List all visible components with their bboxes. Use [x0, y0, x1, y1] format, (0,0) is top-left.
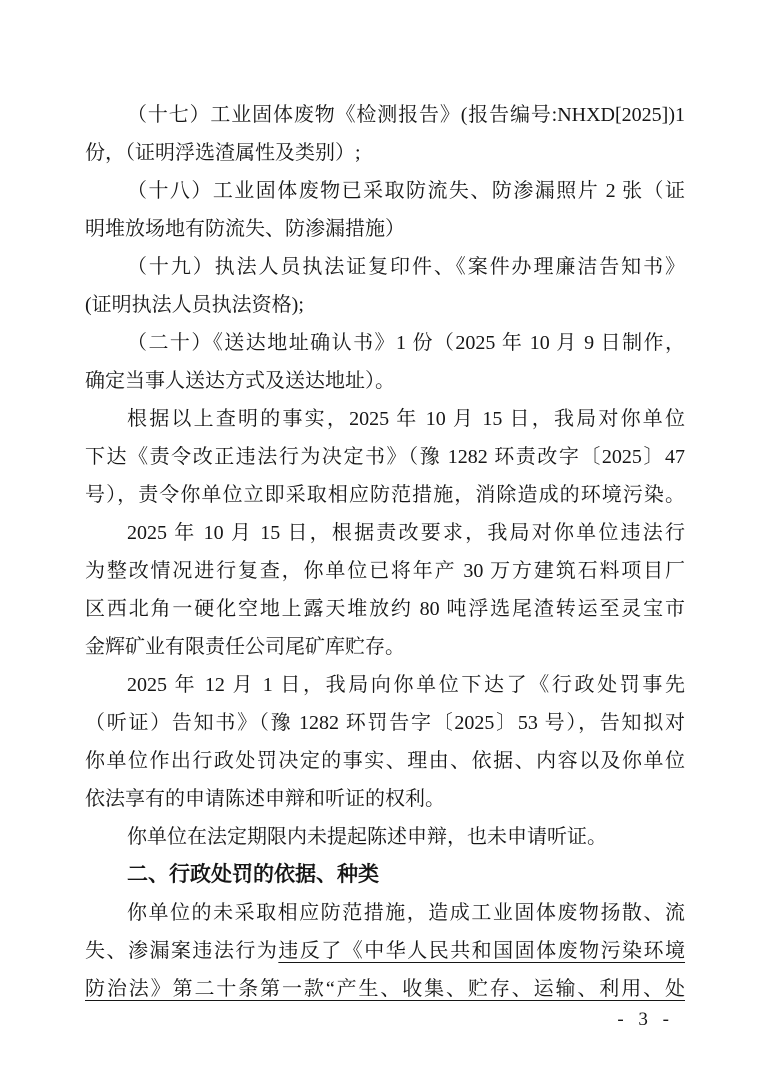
- document-line: 金辉矿业有限责任公司尾矿库贮存。: [85, 628, 685, 666]
- text-segment: 区西北角一硬化空地上露天堆放约 80 吨浮选尾渣转运至灵宝市: [85, 598, 685, 620]
- text-segment: （听证）告知书》（豫 1282 环罚告字〔2025〕53 号），告知拟对: [85, 712, 685, 734]
- text-segment: 根据以上查明的事实，2025 年 10 月 15 日，我局对你单位: [127, 408, 685, 430]
- text-segment: 号），责令你单位立即采取相应防范措施，消除造成的环境污染。: [85, 484, 685, 506]
- document-line: 份，（证明浮选渣属性及类别）;: [85, 134, 685, 172]
- text-segment: 明堆放场地有防流失、防渗漏措施）: [85, 218, 405, 240]
- document-line: 2025 年 12 月 1 日，我局向你单位下达了《行政处罚事先: [85, 666, 685, 704]
- text-segment: 份，（证明浮选渣属性及类别）;: [85, 142, 361, 164]
- document-line: （二十）《送达地址确认书》1 份（2025 年 10 月 9 日制作，: [85, 324, 685, 362]
- document-page: （十七）工业固体废物《检测报告》(报告编号:NHXD[2025])1份，（证明浮…: [0, 0, 769, 1088]
- document-line: 明堆放场地有防流失、防渗漏措施）: [85, 210, 685, 248]
- text-segment: （二十）《送达地址确认书》1 份（2025 年 10 月 9 日制作，: [127, 332, 685, 354]
- document-line: 号），责令你单位立即采取相应防范措施，消除造成的环境污染。: [85, 476, 685, 514]
- document-line: (证明执法人员执法资格);: [85, 286, 685, 324]
- document-line: 依法享有的申请陈述申辩和听证的权利。: [85, 780, 685, 818]
- text-segment: 失、渗漏案违法行为: [85, 940, 278, 962]
- document-line: （十八）工业固体废物已采取防流失、防渗漏照片 2 张（证: [85, 172, 685, 210]
- document-line: （十九）执法人员执法证复印件、《案件办理廉洁告知书》: [85, 248, 685, 286]
- document-line: 确定当事人送达方式及送达地址）。: [85, 362, 685, 400]
- document-line: 失、渗漏案违法行为违反了《中华人民共和国固体废物污染环境: [85, 932, 685, 970]
- text-segment: 下达《责令改正违法行为决定书》（豫 1282 环责改字〔2025〕47: [85, 446, 685, 468]
- document-line: 你单位作出行政处罚决定的事实、理由、依据、内容以及你单位: [85, 742, 685, 780]
- text-segment: 2025 年 12 月 1 日，我局向你单位下达了《行政处罚事先: [127, 674, 685, 696]
- document-line: 下达《责令改正违法行为决定书》（豫 1282 环责改字〔2025〕47: [85, 438, 685, 476]
- text-segment: 确定当事人送达方式及送达地址）。: [85, 370, 395, 392]
- text-segment: 你单位在法定期限内未提起陈述申辩，也未申请听证。: [127, 826, 607, 848]
- document-line: 根据以上查明的事实，2025 年 10 月 15 日，我局对你单位: [85, 400, 685, 438]
- text-segment: 二、行政处罚的依据、种类: [127, 863, 379, 886]
- document-line: （十七）工业固体废物《检测报告》(报告编号:NHXD[2025])1: [85, 96, 685, 134]
- text-segment: （十七）工业固体废物《检测报告》(报告编号:NHXD[2025])1: [127, 104, 685, 126]
- text-segment: 2025 年 10 月 15 日，根据责改要求，我局对你单位违法行: [127, 522, 685, 544]
- text-segment: (证明执法人员执法资格);: [85, 294, 304, 316]
- document-line: 为整改情况进行复查，你单位已将年产 30 万方建筑石料项目厂: [85, 552, 685, 590]
- document-line: 2025 年 10 月 15 日，根据责改要求，我局对你单位违法行: [85, 514, 685, 552]
- underlined-legal-citation: 防治法》第二十条第一款“产生、收集、贮存、运输、利用、处: [85, 978, 685, 1000]
- text-segment: （十九）执法人员执法证复印件、《案件办理廉洁告知书》: [127, 256, 685, 278]
- document-body: （十七）工业固体废物《检测报告》(报告编号:NHXD[2025])1份，（证明浮…: [85, 96, 685, 1008]
- text-segment: 依法享有的申请陈述申辩和听证的权利。: [85, 788, 445, 810]
- underlined-legal-citation: 违反了《中华人民共和国固体废物污染环境: [278, 940, 685, 962]
- document-line: （听证）告知书》（豫 1282 环罚告字〔2025〕53 号），告知拟对: [85, 704, 685, 742]
- page-number: - 3 -: [617, 1006, 674, 1034]
- document-line: 你单位在法定期限内未提起陈述申辩，也未申请听证。: [85, 818, 685, 856]
- section-heading: 二、行政处罚的依据、种类: [85, 856, 685, 894]
- text-segment: （十八）工业固体废物已采取防流失、防渗漏照片 2 张（证: [127, 180, 685, 202]
- text-segment: 为整改情况进行复查，你单位已将年产 30 万方建筑石料项目厂: [85, 560, 685, 582]
- document-line: 区西北角一硬化空地上露天堆放约 80 吨浮选尾渣转运至灵宝市: [85, 590, 685, 628]
- document-line: 防治法》第二十条第一款“产生、收集、贮存、运输、利用、处: [85, 970, 685, 1008]
- text-segment: 你单位的未采取相应防范措施，造成工业固体废物扬散、流: [127, 902, 685, 924]
- text-segment: 你单位作出行政处罚决定的事实、理由、依据、内容以及你单位: [85, 750, 685, 772]
- document-line: 你单位的未采取相应防范措施，造成工业固体废物扬散、流: [85, 894, 685, 932]
- text-segment: 金辉矿业有限责任公司尾矿库贮存。: [85, 636, 405, 658]
